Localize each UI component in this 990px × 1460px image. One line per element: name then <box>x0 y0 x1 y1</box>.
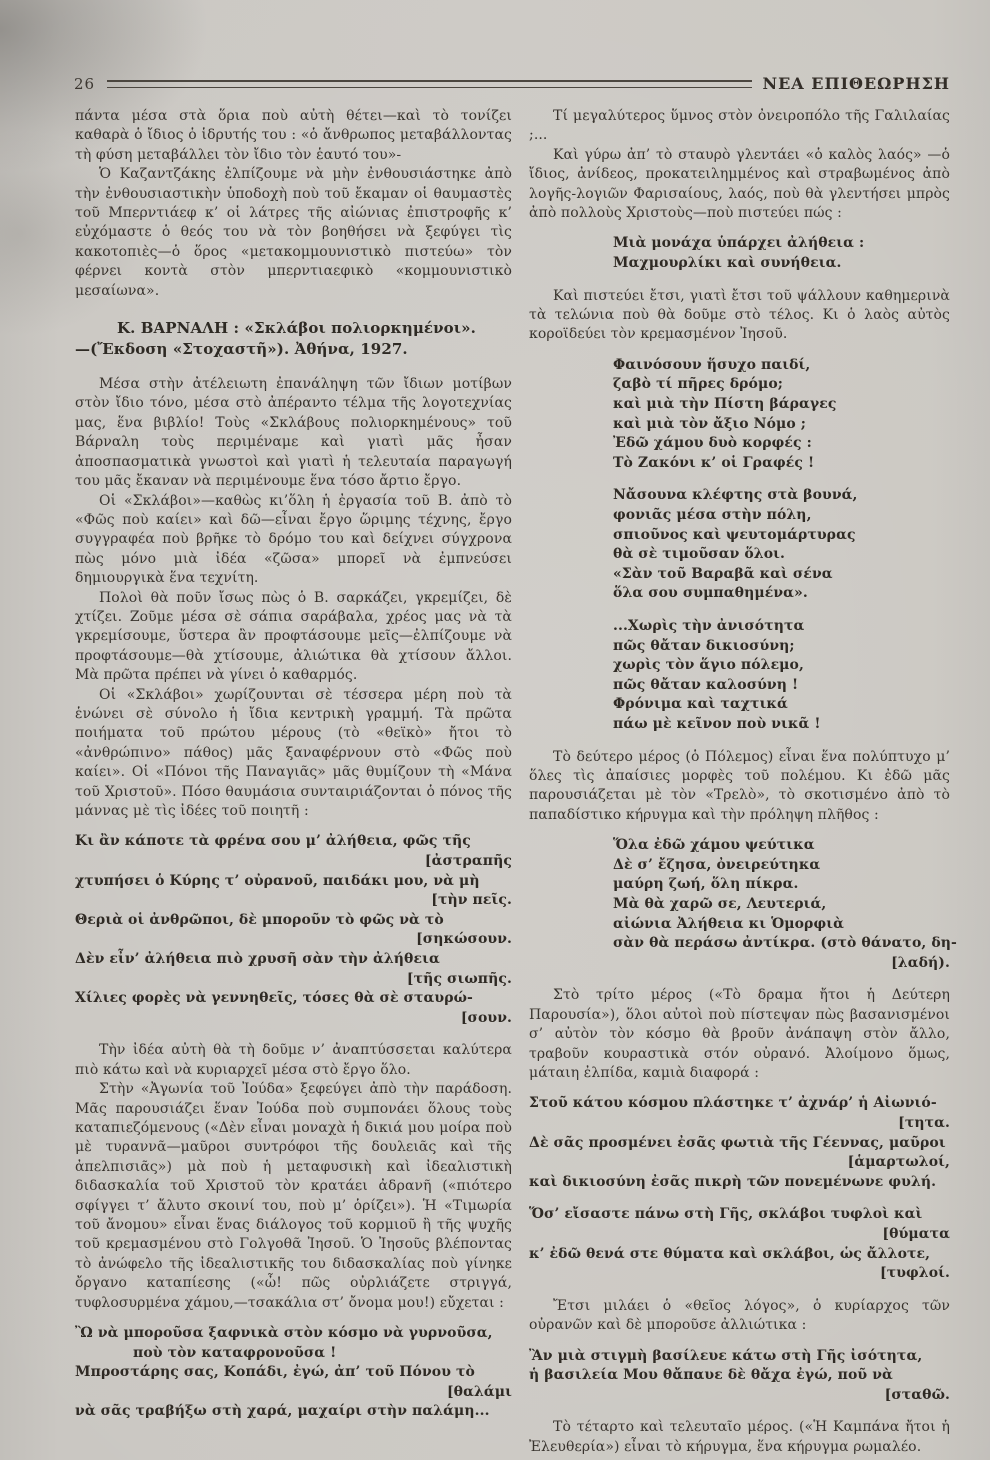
magazine-title: ΝΕΑ ΕΠΙΘΕΩΡΗΣΗ <box>762 74 950 93</box>
poem-line-continuation: [λαδή). <box>613 954 950 974</box>
paragraph: Τὴν ἰδέα αὐτὴ θὰ τὴ δοῦμε ν’ ἀναπτύσσετα… <box>75 1041 512 1080</box>
poem-line: χτυπήσει ὁ Κύρης τ’ οὐρανοῦ, παιδάκι μου… <box>75 872 512 892</box>
poem-line: Μιὰ μονάχα ὑπάρχει ἀλήθεια : <box>613 234 950 254</box>
paragraph: Οἱ «Σκλάβοι» χωρίζουνται σὲ τέσσερα μέρη… <box>75 686 512 822</box>
review-heading-line: Κ. ΒΑΡΝΑΛΗ : «Σκλάβοι πολιορκημένοι». <box>75 318 512 339</box>
poem-line: Στοῦ κάτου κόσμου πλάστηκε τ’ ἀχνάρ’ ἡ Α… <box>529 1094 950 1114</box>
poem-line: Μαχμουρλίκι καὶ συνήθεια. <box>613 254 950 274</box>
poem-line: Ὢ νὰ μποροῦσα ξαφνικὰ στὸν κόσμο νὰ γυρν… <box>75 1324 512 1344</box>
paragraph: Ὁ Καζαντζάκης ἐλπίζουμε νὰ μὴν ἐνθουσιάσ… <box>75 165 512 301</box>
poem-line: Δὲν εἶν’ ἀλήθεια πιὸ χρυσῆ σὰν τὴν ἀλήθε… <box>75 950 512 970</box>
poem-line: Δὲ σᾶς προσμένει ἐσᾶς φωτιὰ τῆς Γέεννας,… <box>529 1134 950 1154</box>
poem-line: Φαινόσουν ἥσυχο παιδί, <box>613 356 950 376</box>
paragraph: Ἔτσι μιλάει ὁ «θεῖος λόγος», ὁ κυρίαρχος… <box>529 1297 950 1336</box>
poem-line: πῶς θἄταν δικιοσύνη; <box>613 637 950 657</box>
poem-quote: Νἄσουνα κλέφτης στὰ βουνά,φονιᾶς μέσα στ… <box>613 486 950 604</box>
poem-line: φονιᾶς μέσα στὴν πόλη, <box>613 506 950 526</box>
poem-line: μαύρη ζωή, ὅλη πίκρα. <box>613 875 950 895</box>
poem-line: σὰν θὰ περάσω ἀντίκρα. (στὸ θάνατο, δη- <box>613 934 950 954</box>
paragraph: Τὸ δεύτερο μέρος (ὁ Πόλεμος) εἶναι ἕνα π… <box>529 748 950 826</box>
poem-line: καὶ μιὰ τὴν Πίστη βάραγες <box>613 395 950 415</box>
poem-quote: Ὢ νὰ μποροῦσα ξαφνικὰ στὸν κόσμο νὰ γυρν… <box>75 1324 512 1422</box>
poem-line: Κι ἂν κάποτε τὰ φρένα σου μ’ ἀλήθεια, φῶ… <box>75 832 512 852</box>
paragraph: Οἱ «Σκλάβοι»—καθὼς κι’ὅλη ἡ ἐργασία τοῦ … <box>75 492 512 589</box>
poem-quote: Φαινόσουν ἥσυχο παιδί,ζαβὸ τί πῆρες δρόμ… <box>613 356 950 474</box>
poem-line: πῶς θἄταν καλοσύνη ! <box>613 676 950 696</box>
poem-line-continuation: [σταθῶ. <box>529 1386 950 1406</box>
poem-line: πάω μὲ κεῖνον ποὺ νικᾶ ! <box>613 715 950 735</box>
poem-line: Τὸ Ζακόνι κ’ οἱ Γραφές ! <box>613 454 950 474</box>
poem-line: Δὲ σ’ ἔζησα, ὀνειρεύτηκα <box>613 856 950 876</box>
poem-line-continuation: [τὴν πεῖς. <box>75 891 512 911</box>
poem-line: ζαβὸ τί πῆρες δρόμο; <box>613 375 950 395</box>
poem-line: ὅλα σου συμπαθημένα». <box>613 584 950 604</box>
poem-line: Νἄσουνα κλέφτης στὰ βουνά, <box>613 486 950 506</box>
paragraph: Καὶ πιστεύει ἔτσι, γιατὶ ἔτσι τοῦ ψάλλου… <box>529 287 950 345</box>
page-number: 26 <box>74 75 95 93</box>
left-column: πάντα μέσα στὰ ὅρια ποὺ αὐτὴ θέτει—καὶ τ… <box>75 107 512 1435</box>
poem-line-continuation: [θύματα <box>529 1225 950 1245</box>
poem-line-continuation: [τυφλοί. <box>529 1264 950 1284</box>
review-heading: Κ. ΒΑΡΝΑΛΗ : «Σκλάβοι πολιορκημένοι».—(Ἔ… <box>75 318 512 360</box>
paragraph: Τὸ τέταρτο καὶ τελευταῖο μέρος. («Ἡ Καμπ… <box>529 1418 950 1457</box>
poem-line: αἰώνια Ἀλήθεια κι Ὁμορφιὰ <box>613 915 950 935</box>
paragraph: Πολοὶ θὰ ποῦν ἴσως πὼς ὁ Β. σαρκάζει, γκ… <box>75 589 512 686</box>
magazine-page: 26 ΝΕΑ ΕΠΙΘΕΩΡΗΣΗ πάντα μέσα στὰ ὅρια πο… <box>0 0 990 1460</box>
header-double-rule <box>107 80 752 88</box>
poem-line: Θεριὰ οἱ ἀνθρῶποι, δὲ μποροῦν τὸ φῶς νὰ … <box>75 911 512 931</box>
paragraph: Στὴν «Ἀγωνία τοῦ Ἰούδα» ξεφεύγει ἀπὸ τὴν… <box>75 1080 512 1313</box>
page-header: 26 ΝΕΑ ΕΠΙΘΕΩΡΗΣΗ <box>74 74 950 93</box>
poem-line-continuation: [σηκώσουν. <box>75 930 512 950</box>
paragraph: Τί μεγαλύτερος ὕμνος στὸν ὀνειροπόλο τῆς… <box>529 107 950 146</box>
poem-line: ποὺ τὸν καταφρονοῦσα ! <box>75 1344 512 1364</box>
poem-quote: Ἂν μιὰ στιγμὴ βασίλευε κάτω στὴ Γῆς ἰσότ… <box>529 1347 950 1406</box>
poem-line: Ἐδῶ χάμου δυὸ κορφές : <box>613 434 950 454</box>
poem-line: χωρὶς τὸν ἅγιο πόλεμο, <box>613 656 950 676</box>
poem-line: Μπροστάρης σας, Κοπάδι, ἐγώ, ἀπ’ τοῦ Πόν… <box>75 1363 512 1383</box>
poem-line: σπιοῦνος καὶ ψευτομάρτυρας <box>613 526 950 546</box>
poem-line: ἡ βασιλεία Μου θἄπαυε δὲ θἄχα ἐγώ, ποῦ ν… <box>529 1366 950 1386</box>
poem-line: καὶ δικιοσύνη ἐσᾶς πικρὴ τῶν πονεμένωνε … <box>529 1173 950 1193</box>
poem-quote: Μιὰ μονάχα ὑπάρχει ἀλήθεια :Μαχμουρλίκι … <box>613 234 950 273</box>
poem-quote: Ὅλα ἐδῶ χάμου ψεύτικαΔὲ σ’ ἔζησα, ὀνειρε… <box>613 836 950 973</box>
poem-line-continuation: [σουν. <box>75 1009 512 1029</box>
poem-line: νὰ σᾶς τραβήξω στὴ χαρά, μαχαίρι στὴν πα… <box>75 1402 512 1422</box>
poem-line: Ὅσ’ εἴσαστε πάνω στὴ Γῆς, σκλάβοι τυφλοὶ… <box>529 1205 950 1225</box>
poem-line: Μὰ θὰ χαρῶ σε, Λευτεριά, <box>613 895 950 915</box>
poem-quote: Κι ἂν κάποτε τὰ φρένα σου μ’ ἀλήθεια, φῶ… <box>75 832 512 1028</box>
poem-quote: Ὅσ’ εἴσαστε πάνω στὴ Γῆς, σκλάβοι τυφλοὶ… <box>529 1205 950 1283</box>
poem-line-continuation: [τῆς σιωπῆς. <box>75 970 512 990</box>
review-heading-line: —(Ἔκδοση «Στοχαστῆ»). Ἀθήνα, 1927. <box>75 339 512 360</box>
poem-quote: Στοῦ κάτου κόσμου πλάστηκε τ’ ἀχνάρ’ ἡ Α… <box>529 1094 950 1192</box>
poem-line: θὰ σὲ τιμοῦσαν ὅλοι. <box>613 545 950 565</box>
poem-line: Ὅλα ἐδῶ χάμου ψεύτικα <box>613 836 950 856</box>
poem-line: ...Χωρὶς τὴν ἀνισότητα <box>613 617 950 637</box>
right-column: Τί μεγαλύτερος ὕμνος στὸν ὀνειροπόλο τῆς… <box>529 107 950 1457</box>
poem-line: Φρόνιμα καὶ ταχτικά <box>613 695 950 715</box>
poem-line: Ἂν μιὰ στιγμὴ βασίλευε κάτω στὴ Γῆς ἰσότ… <box>529 1347 950 1367</box>
poem-line-continuation: [τητα. <box>529 1114 950 1134</box>
paragraph: Στὸ τρίτο μέρος («Τὸ δραμα ἤτοι ἡ Δεύτερ… <box>529 986 950 1083</box>
poem-line: καὶ μιὰ τὸν ἄξιο Νόμο ; <box>613 415 950 435</box>
poem-line: «Σὰν τοῦ Βαραβᾶ καὶ σένα <box>613 565 950 585</box>
paragraph: Καὶ γύρω ἀπ’ τὸ σταυρὸ γλεντάει «ὁ καλὸς… <box>529 146 950 224</box>
poem-line-continuation: [ἀστραπῆς <box>75 852 512 872</box>
poem-line-continuation: [ἁμαρτωλοί, <box>529 1153 950 1173</box>
paragraph: πάντα μέσα στὰ ὅρια ποὺ αὐτὴ θέτει—καὶ τ… <box>75 107 512 165</box>
poem-line: κ’ ἐδῶ θενά στε θύματα καὶ σκλάβοι, ὡς ἄ… <box>529 1245 950 1265</box>
poem-line: Χίλιες φορὲς νὰ γεννηθεῖς, τόσες θὰ σὲ σ… <box>75 989 512 1009</box>
poem-line-continuation: [θαλάμι <box>75 1383 512 1403</box>
paragraph: Μέσα στὴν ἀτέλειωτη ἐπανάληψη τῶν ἴδιων … <box>75 375 512 491</box>
poem-quote: ...Χωρὶς τὴν ἀνισότηταπῶς θἄταν δικιοσύν… <box>613 617 950 735</box>
